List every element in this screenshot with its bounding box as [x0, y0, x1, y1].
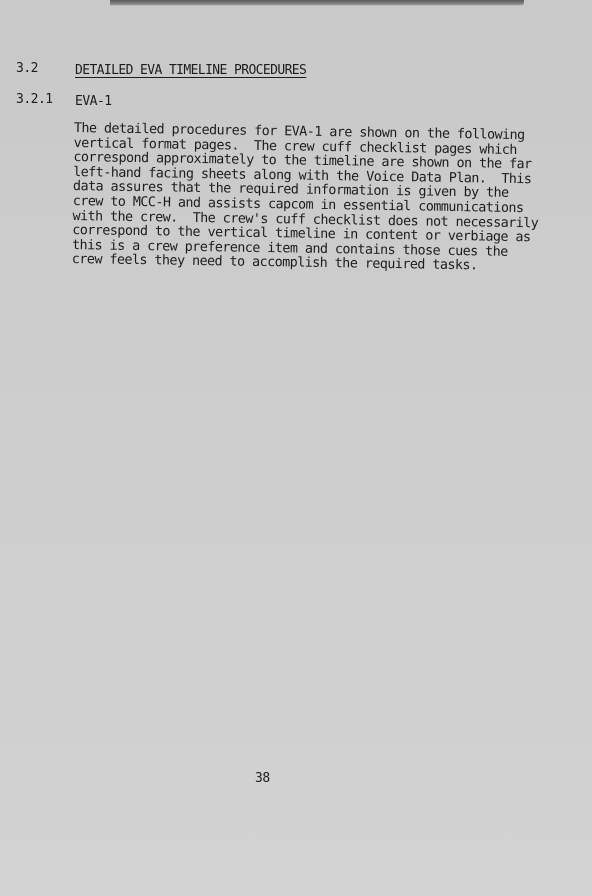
body-paragraph: The detailed procedures for EVA-1 are sh…: [72, 122, 544, 275]
subsection-number: 3.2.1: [16, 92, 53, 107]
section-title: DETAILED EVA TIMELINE PROCEDURES: [75, 63, 306, 78]
page-number: 38: [255, 771, 270, 786]
document-page: 3.2 DETAILED EVA TIMELINE PROCEDURES 3.2…: [0, 0, 592, 896]
subsection-title: EVA-1: [75, 94, 112, 109]
section-number: 3.2: [16, 61, 38, 76]
